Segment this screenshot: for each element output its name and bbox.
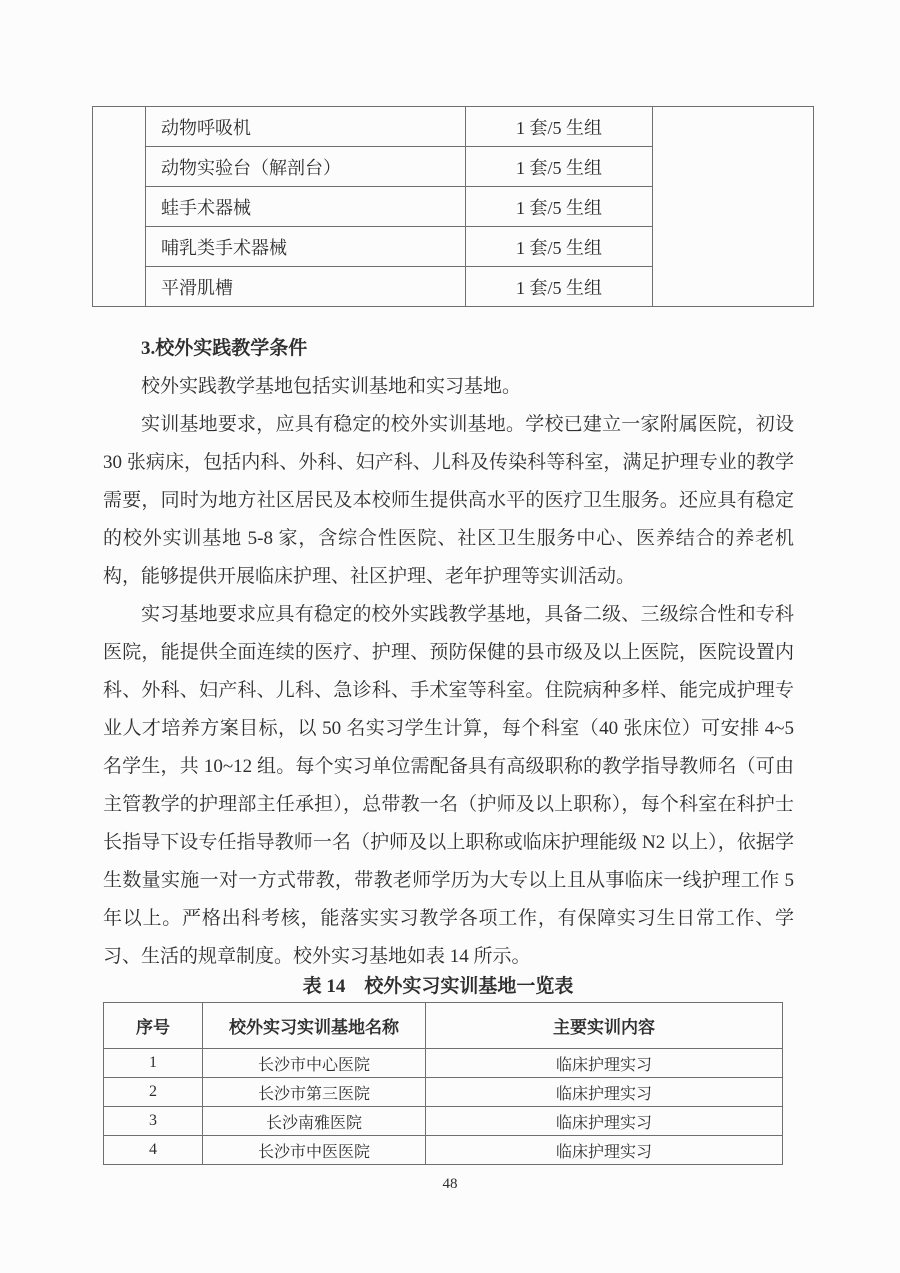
section-heading: 3.校外实践教学条件: [103, 330, 794, 368]
table-row: 3 长沙南雅医院 临床护理实习: [104, 1107, 783, 1136]
table14-header-no: 序号: [104, 1003, 203, 1049]
table-row: 2 长沙市第三医院 临床护理实习: [104, 1078, 783, 1107]
equipment-name-cell: 蛙手术器械: [146, 187, 466, 227]
equipment-qty-cell: 1 套/5 生组: [466, 187, 653, 227]
table14-caption: 表 14 校外实习实训基地一览表: [103, 972, 773, 1002]
table14-base-cell: 长沙南雅医院: [203, 1107, 426, 1136]
equipment-name-cell: 平滑肌槽: [146, 267, 466, 307]
table14: 序号 校外实习实训基地名称 主要实训内容 1 长沙市中心医院 临床护理实习 2 …: [103, 1002, 783, 1165]
document-page: 动物呼吸机 1 套/5 生组 动物实验台（解剖台） 1 套/5 生组 蛙手术器械…: [0, 0, 900, 1273]
equipment-name-cell: 动物实验台（解剖台）: [146, 147, 466, 187]
equipment-name-cell: 动物呼吸机: [146, 107, 466, 147]
table14-no-cell: 4: [104, 1136, 203, 1165]
table14-content-cell: 临床护理实习: [426, 1078, 783, 1107]
table-row: 4 长沙市中医医院 临床护理实习: [104, 1136, 783, 1165]
equipment-qty-cell: 1 套/5 生组: [466, 227, 653, 267]
equipment-qty-cell: 1 套/5 生组: [466, 107, 653, 147]
table-row: 1 长沙市中心医院 临床护理实习: [104, 1049, 783, 1078]
equipment-qty-cell: 1 套/5 生组: [466, 147, 653, 187]
table14-base-cell: 长沙市中医医院: [203, 1136, 426, 1165]
table14-no-cell: 2: [104, 1078, 203, 1107]
table14-content-cell: 临床护理实习: [426, 1107, 783, 1136]
paragraph: 实训基地要求，应具有稳定的校外实训基地。学校已建立一家附属医院，初设 30 张病…: [103, 406, 794, 596]
table14-content-cell: 临床护理实习: [426, 1049, 783, 1078]
table14-base-cell: 长沙市中心医院: [203, 1049, 426, 1078]
table14-no-cell: 1: [104, 1049, 203, 1078]
table14-base-cell: 长沙市第三医院: [203, 1078, 426, 1107]
paragraph: 实习基地要求应具有稳定的校外实践教学基地，具备二级、三级综合性和专科医院，能提供…: [103, 596, 794, 976]
table14-header-content: 主要实训内容: [426, 1003, 783, 1049]
equipment-table: 动物呼吸机 1 套/5 生组 动物实验台（解剖台） 1 套/5 生组 蛙手术器械…: [92, 106, 814, 307]
table14-header-base: 校外实习实训基地名称: [203, 1003, 426, 1049]
paragraph: 校外实践教学基地包括实训基地和实习基地。: [103, 368, 794, 406]
page-number: 48: [0, 1176, 900, 1193]
table14-no-cell: 3: [104, 1107, 203, 1136]
equipment-table-merged-left-cell: [93, 107, 146, 307]
table14-content-cell: 临床护理实习: [426, 1136, 783, 1165]
equipment-name-cell: 哺乳类手术器械: [146, 227, 466, 267]
equipment-table-merged-right-cell: [653, 107, 814, 307]
table-header-row: 序号 校外实习实训基地名称 主要实训内容: [104, 1003, 783, 1049]
table-row: 动物呼吸机 1 套/5 生组: [93, 107, 814, 147]
equipment-qty-cell: 1 套/5 生组: [466, 267, 653, 307]
section-off-campus-practice: 3.校外实践教学条件 校外实践教学基地包括实训基地和实习基地。 实训基地要求，应…: [103, 330, 794, 976]
